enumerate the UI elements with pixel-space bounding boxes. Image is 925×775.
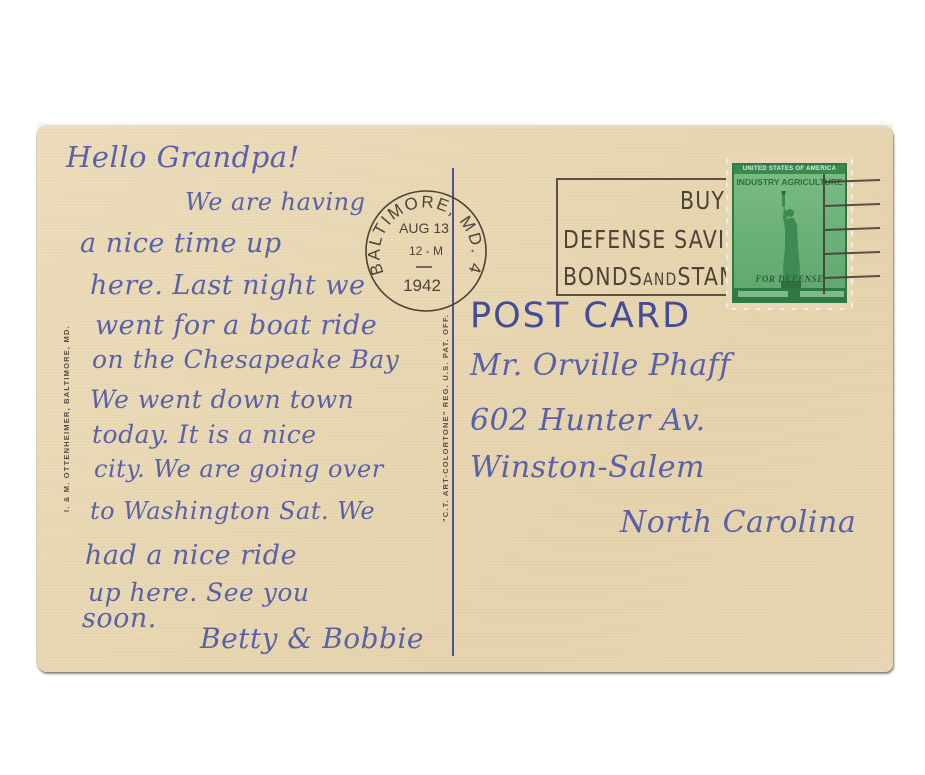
address-city: Winston-Salem	[470, 450, 705, 485]
message-line: city. We are going over	[94, 455, 384, 483]
message-line: here. Last night we	[90, 270, 365, 301]
slogan-line-buy: BUY	[680, 186, 725, 215]
message-line: on the Chesapeake Bay	[92, 345, 399, 374]
message-line: went for a boat ride	[95, 310, 377, 341]
address-name: Mr. Orville Phaff	[470, 348, 731, 383]
message-line: today. It is a nice	[92, 420, 317, 449]
address-state: North Carolina	[620, 505, 856, 540]
message-greeting: Hello Grandpa!	[66, 140, 300, 174]
message-line: We are having	[185, 188, 365, 216]
postmark-time: 12 - M	[409, 244, 443, 258]
trademark-text: "C.T. ART-COLORTONE" REG. U.S. PAT. OFF.	[441, 314, 450, 522]
address-street: 602 Hunter Av.	[470, 403, 706, 438]
card-top-edge	[37, 120, 893, 128]
message-line: a nice time up	[80, 228, 282, 259]
message-line: had a nice ride	[85, 540, 297, 571]
message-line: We went down town	[90, 385, 354, 414]
message-line: to Washington Sat. We	[90, 497, 375, 525]
message-signature: Betty & Bobbie	[200, 622, 424, 655]
postmark-date: AUG 13	[399, 220, 449, 236]
postmark-year: 1942	[403, 276, 441, 295]
slogan-bonds: BONDS	[563, 262, 643, 291]
printer-credit: I. & M. OTTENHEIMER, BALTIMORE, MD.	[62, 325, 71, 512]
slogan-and: AND	[643, 270, 677, 290]
message-line: soon.	[82, 603, 157, 634]
cancel-bars	[820, 170, 882, 298]
post-card-title: POST CARD	[470, 296, 691, 336]
